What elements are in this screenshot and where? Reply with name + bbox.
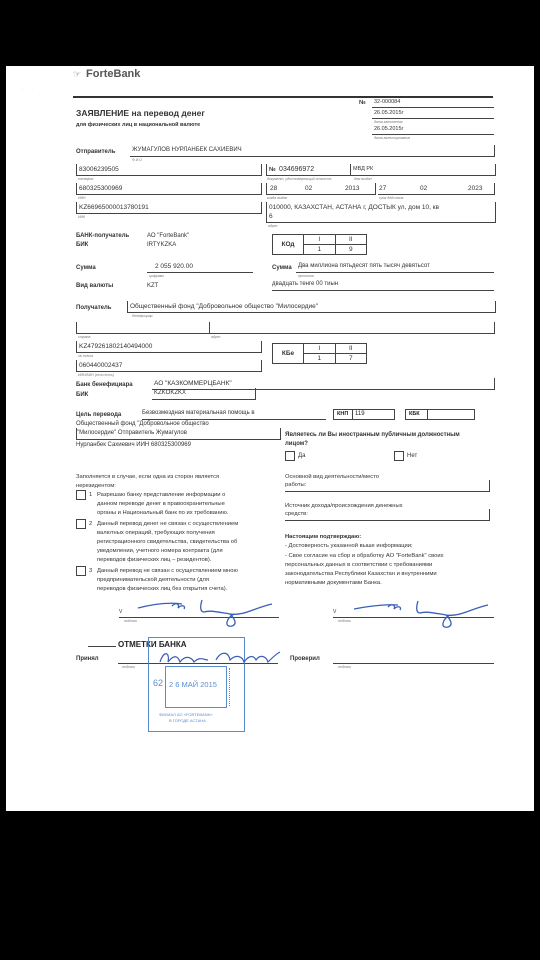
sender-name-caption: Ф.И.О [132, 158, 142, 162]
item-1-line-1: Разрешаю банку представление информации … [97, 491, 225, 500]
signature-right [350, 596, 490, 630]
beneficiary-bin-field[interactable]: 060440002437 [76, 360, 262, 372]
kod-header-2: II [335, 235, 367, 245]
beneficiary-bank-label: Банк бенефициара [76, 381, 133, 390]
beneficiary-name-field[interactable]: Общественный фонд "Добровольное общество… [127, 301, 496, 313]
kod-value-2[interactable]: 9 [335, 245, 367, 255]
item-number-2: 2 [89, 520, 92, 529]
currency-value: KZT [147, 282, 158, 291]
date-filled-field[interactable]: 26.05.2015г [372, 108, 494, 119]
issue-date-field[interactable]: 28 02 2013 [266, 183, 376, 195]
title-rest: на перевод денег [131, 108, 204, 118]
sign-v-mark-left: V [119, 608, 122, 617]
divider [375, 183, 376, 195]
nonresident-checkbox-3[interactable] [76, 566, 86, 576]
kod-table: КОд I II 1 9 [272, 234, 367, 255]
nonresident-checkbox-1[interactable] [76, 490, 86, 500]
purpose-line-4: Нурланбек Сахиевич ИИН 680325300969 [76, 441, 191, 450]
occupation-field[interactable]: работы: [285, 480, 490, 492]
item-2-line-5: переводов физических лиц – резидентов). [97, 556, 211, 565]
knp-label: КНП [337, 411, 348, 417]
nonresident-checkbox-2[interactable] [76, 519, 86, 529]
digits-caption: цифрами [149, 274, 164, 278]
amount-words-label: Сумма [272, 264, 292, 273]
item-1-line-3: органы и Национальный банк по их требова… [97, 509, 228, 518]
confirm-line-3: персональных данных в соответствии с тре… [285, 561, 432, 570]
beneficiary-country-field[interactable] [76, 322, 210, 334]
bank-bik-value: IRTYKZKA [147, 241, 176, 250]
confirm-title: Настоящим подтверждаю: [285, 533, 361, 542]
item-3-line-2: предпринимательской деятельности (для [97, 576, 209, 585]
beneficiary-bik-field[interactable]: KZKOKZKX [152, 388, 256, 400]
title-bold: ЗАЯВЛЕНИЕ [76, 108, 129, 118]
accepted-label: Принял [76, 655, 99, 664]
stamp-text-2: В ГОРОДЕ АСТАНА [169, 718, 206, 723]
issue-caption: когда выдан [267, 196, 287, 200]
item-2-line-4: уведомлении, учетного номера контракта (… [97, 547, 223, 556]
beneficiary-caption: бенефициар [132, 314, 152, 318]
sign-v-mark-right: V [333, 608, 336, 617]
form-subtitle: для физических лиц в национальной валюте [76, 121, 200, 130]
kbk-box: КБК [405, 409, 475, 420]
item-2-line-1: Данный перевод денег не связан с осущест… [97, 520, 238, 529]
kod-value-1[interactable]: 1 [304, 245, 336, 255]
item-2-line-2: валютных операций, требующих получения [97, 529, 215, 538]
kbe-header-1: I [304, 344, 336, 354]
logo-text: ForteBank [86, 68, 140, 80]
date-value-caption: дата валютирования [374, 136, 410, 140]
sender-iin-caption: ИИН [78, 196, 86, 200]
nonresident-intro: Заполняется в случае, если одна из сторо… [76, 473, 219, 482]
kod-label: КОд [273, 235, 304, 255]
expiry-caption: срок действия [379, 196, 403, 200]
sender-phone-caption: телефон [78, 177, 93, 181]
number-field[interactable]: 32-000084 [372, 97, 494, 108]
kbe-value-2[interactable]: 7 [335, 354, 367, 364]
confirm-line-4: законодательства Республики Казахстан и … [285, 570, 437, 579]
kbe-label: КБе [273, 344, 304, 364]
item-3-line-3: переводов физических лиц без открытия сч… [97, 585, 227, 594]
sender-address-field[interactable]: 010000, КАЗАХСТАН, АСТАНА г, ДОСТЫК ул, … [266, 202, 496, 223]
knp-value[interactable]: 119 [355, 411, 365, 417]
bank-marks-rule [88, 646, 116, 647]
sender-name-field[interactable]: ЖУМАГУЛОВ НУРЛАНБЕК САХИЕВИЧ [130, 145, 495, 157]
bank-receiver-label: БАНК-получатель [76, 232, 129, 241]
knp-box: КНП 119 [333, 409, 395, 420]
issued-by-caption: Кем выдан [354, 177, 372, 181]
pep-no-label: Нет [407, 452, 417, 461]
pep-no-checkbox[interactable] [394, 451, 404, 461]
checked-sign-caption: подпись [338, 665, 351, 669]
beneficiary-label: Получатель [76, 304, 112, 313]
date-value-field[interactable]: 26.05.2015г [372, 124, 494, 135]
pep-question: Являетесь ли Вы иностранным публичным до… [285, 431, 460, 440]
purpose-field-3[interactable]: "Милосердие" Отправитель Жумагулов [76, 428, 281, 440]
pep-yes-label: Да [298, 452, 305, 461]
amount-words-field-2[interactable]: двадцать тенге 00 тиын [272, 279, 494, 291]
stamp-number: 62 [153, 678, 163, 688]
sender-phone-field[interactable]: 83006239505 [76, 164, 262, 176]
item-2-line-3: регистрационного свидетельства, свидетел… [97, 538, 237, 547]
stamp-side-text [229, 668, 240, 706]
checked-label: Проверил [290, 655, 320, 664]
logo-hand-icon: ☞ [73, 69, 81, 80]
kod-header-1: I [304, 235, 336, 245]
expiry-date-field[interactable]: 27 02 2023 [378, 183, 495, 195]
sender-iik-field[interactable]: KZ66965000013780191 [76, 202, 262, 214]
sender-iin-field[interactable]: 680325300969 [76, 183, 262, 195]
beneficiary-address-caption: адрес [211, 335, 221, 339]
amount-words-field[interactable]: Два миллиона пятьдесят пять тысяч девять… [296, 261, 494, 273]
signature-left [134, 596, 274, 630]
country-caption: страна [78, 335, 90, 339]
currency-label: Вид валюты [76, 282, 113, 291]
sender-label: Отправитель [76, 148, 115, 157]
pep-question-2: лицом? [285, 440, 308, 449]
account-caption: № счета [78, 354, 93, 358]
item-number-3: 3 [89, 567, 92, 576]
confirm-line-1: - Достоверность указанной выше информаци… [285, 542, 413, 551]
kbe-table: КБе I II 1 7 [272, 343, 367, 364]
accepted-sign-caption: подпись [122, 665, 135, 669]
purpose-label: Цель перевода [76, 411, 121, 420]
beneficiary-bik-label: БИК [76, 391, 88, 400]
amount-digits-field[interactable]: 2 055 920.00 [147, 261, 253, 273]
kbe-value-1[interactable]: 1 [304, 354, 336, 364]
form-title: ЗАЯВЛЕНИЕ на перевод денег [76, 109, 205, 118]
issued-by-field[interactable]: МВД РК [350, 164, 496, 176]
kbe-header-2: II [335, 344, 367, 354]
sender-iik-caption: ИИК [78, 215, 85, 219]
bank-receiver-name: АО "ForteBank" [147, 232, 189, 241]
bank-bik-label: БИК [76, 241, 88, 250]
item-number-1: 1 [89, 491, 92, 500]
beneficiary-address-field[interactable] [209, 322, 495, 334]
doc-caption: документ, удостоверяющий личность [267, 177, 332, 181]
kbk-label: КБК [409, 411, 420, 417]
confirm-line-2: - Свое согласие на сбор и обработку АО "… [285, 552, 444, 561]
document-page: ☞ ForteBank .. . ЗАЯВЛЕНИЕ на перевод де… [6, 66, 534, 811]
amount-label: Сумма [76, 264, 96, 273]
income-field[interactable]: средств: [285, 509, 490, 521]
beneficiary-account-field[interactable]: KZ479261802140494000 [76, 341, 262, 353]
doc-number-label: № [269, 167, 276, 173]
bank-signature [156, 646, 286, 670]
stamp-date: 2 6 МАЙ 2015 [169, 680, 217, 689]
item-1-line-2: данном переводе денег в правоохранительн… [97, 500, 225, 509]
address-caption: адрес [268, 224, 278, 228]
pep-yes-checkbox[interactable] [285, 451, 295, 461]
words-caption: прописью [298, 274, 314, 278]
item-3-line-1: Данный перевод не связан с осуществление… [97, 567, 238, 576]
margin-marks: .. . [21, 84, 33, 93]
purpose-field[interactable]: Безвозмездная материальная помощь в [142, 408, 326, 420]
doc-number-field[interactable]: № 034696972 [266, 164, 350, 176]
number-label: № [359, 99, 366, 108]
stamp-text-1: ФИЛИАЛ АО «FORTEBANK» [159, 712, 213, 717]
bin-caption: ИИН/БИН (если есть) [78, 373, 114, 377]
confirm-line-5: нормативными документами Банка. [285, 579, 382, 588]
checked-sign-line[interactable] [333, 663, 494, 664]
